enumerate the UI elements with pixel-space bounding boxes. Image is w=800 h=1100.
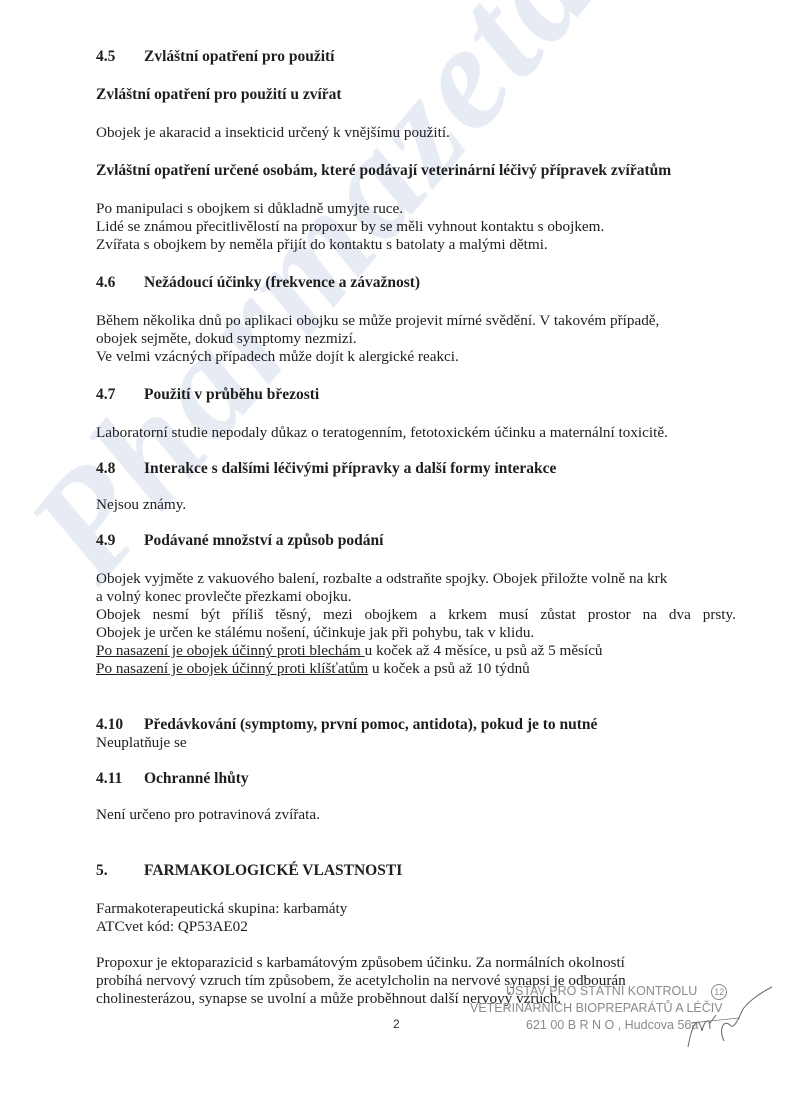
- subheading-persons: Zvláštní opatření určené osobám, které p…: [96, 162, 671, 180]
- paragraph-line: Lidé se známou přecitlivělostí na propox…: [96, 218, 604, 236]
- word: Obojek: [96, 606, 141, 624]
- word: a: [430, 606, 437, 624]
- paragraph-line: Během několika dnů po aplikaci obojku se…: [96, 312, 659, 330]
- section-title: Zvláštní opatření pro použití: [144, 48, 334, 65]
- section-number: 4.9: [96, 532, 144, 550]
- section-5-heading: 5.FARMAKOLOGICKÉ VLASTNOSTI: [96, 862, 402, 880]
- word: mezi: [323, 606, 353, 624]
- tick-efficacy-line: Po nasazení je obojek účinný proti klíšť…: [96, 660, 530, 678]
- paragraph: Neuplatňuje se: [96, 734, 187, 752]
- word: krkem: [448, 606, 487, 624]
- paragraph: Není určeno pro potravinová zvířata.: [96, 806, 320, 824]
- paragraph-line: Obojek vyjměte z vakuového balení, rozba…: [96, 570, 667, 588]
- text: u koček až 4 měsíce, u psů až 5 měsíců: [365, 642, 603, 659]
- section-number: 5.: [96, 862, 144, 880]
- paragraph-line-justified: Obojeknesmíbýtpřílištěsný,meziobojkemakr…: [96, 606, 736, 624]
- word: na: [643, 606, 657, 624]
- section-4-8-heading: 4.8Interakce s dalšími léčivými přípravk…: [96, 460, 556, 478]
- subheading-animals: Zvláštní opatření pro použití u zvířat: [96, 86, 342, 104]
- paragraph-line: Propoxur je ektoparazicid s karbamátovým…: [96, 954, 625, 972]
- paragraph-line: Ve velmi vzácných případech může dojít k…: [96, 348, 459, 366]
- section-4-10-heading: 4.10Předávkování (symptomy, první pomoc,…: [96, 716, 597, 734]
- word: těsný,: [275, 606, 311, 624]
- paragraph-line: Po manipulaci s obojkem si důkladně umyj…: [96, 200, 403, 218]
- paragraph-line: Obojek je určen ke stálému nošení, účink…: [96, 624, 534, 642]
- atcvet-code: ATCvet kód: QP53AE02: [96, 918, 248, 936]
- section-title: Nežádoucí účinky (frekvence a závažnost): [144, 274, 420, 291]
- paragraph: Obojek je akaracid a insekticid určený k…: [96, 124, 450, 142]
- stamp-text: ÚSTAV PRO STÁTNÍ KONTROLU: [506, 984, 697, 998]
- word: obojkem: [364, 606, 417, 624]
- section-number: 4.6: [96, 274, 144, 292]
- section-number: 4.8: [96, 460, 144, 478]
- section-number: 4.7: [96, 386, 144, 404]
- section-4-7-heading: 4.7Použití v průběhu březosti: [96, 386, 319, 404]
- section-title: Interakce s dalšími léčivými přípravky a…: [144, 460, 556, 477]
- section-4-9-heading: 4.9Podávané množství a způsob podání: [96, 532, 383, 550]
- word: musí: [499, 606, 529, 624]
- page-number: 2: [393, 1017, 400, 1031]
- word: nesmí: [153, 606, 189, 624]
- section-4-5-heading: 4.5Zvláštní opatření pro použití: [96, 48, 334, 66]
- word: příliš: [232, 606, 263, 624]
- paragraph: Laboratorní studie nepodaly důkaz o tera…: [96, 424, 668, 442]
- section-4-11-heading: 4.11Ochranné lhůty: [96, 770, 249, 788]
- paragraph-line: obojek sejměte, dokud symptomy nezmizí.: [96, 330, 357, 348]
- word: zůstat: [540, 606, 575, 624]
- paragraph: Nejsou známy.: [96, 496, 186, 514]
- word: prsty.: [703, 606, 736, 624]
- section-number: 4.5: [96, 48, 144, 66]
- section-4-6-heading: 4.6Nežádoucí účinky (frekvence a závažno…: [96, 274, 420, 292]
- pharmacotherapeutic-group: Farmakoterapeutická skupina: karbamáty: [96, 900, 347, 918]
- section-title: Použití v průběhu březosti: [144, 386, 319, 403]
- section-number: 4.11: [96, 770, 144, 788]
- paragraph-line: a volný konec provlečte přezkami obojku.: [96, 588, 352, 606]
- text: u koček a psů až 10 týdnů: [368, 660, 530, 677]
- word: prostor: [588, 606, 631, 624]
- flea-efficacy-line: Po nasazení je obojek účinný proti blech…: [96, 642, 603, 660]
- word: dva: [669, 606, 691, 624]
- section-title: Předávkování (symptomy, první pomoc, ant…: [144, 716, 597, 733]
- paragraph-line: Zvířata s obojkem by neměla přijít do ko…: [96, 236, 548, 254]
- section-title: FARMAKOLOGICKÉ VLASTNOSTI: [144, 862, 402, 879]
- section-title: Ochranné lhůty: [144, 770, 249, 787]
- section-title: Podávané množství a způsob podání: [144, 532, 383, 549]
- underlined-text: Po nasazení je obojek účinný proti blech…: [96, 642, 365, 659]
- section-number: 4.10: [96, 716, 144, 734]
- signature-icon: [680, 985, 780, 1055]
- word: být: [201, 606, 220, 624]
- underlined-text: Po nasazení je obojek účinný proti klíšť…: [96, 660, 368, 677]
